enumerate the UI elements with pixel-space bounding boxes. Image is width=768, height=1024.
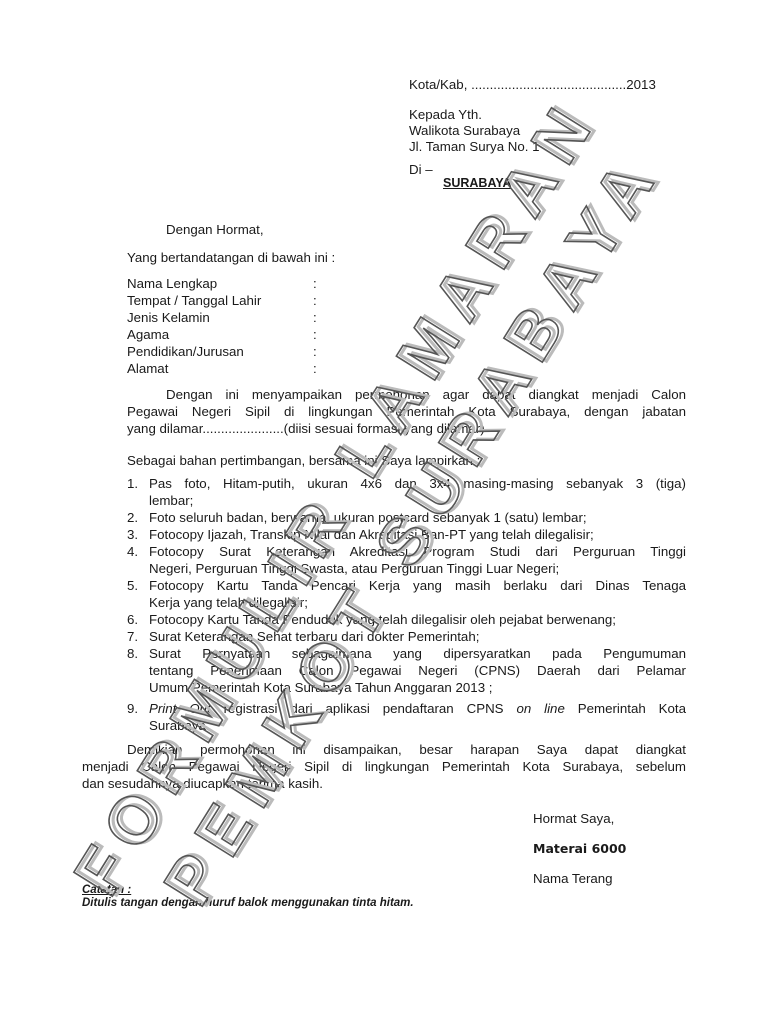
field-label: Alamat xyxy=(127,361,168,376)
attachment-item-6: Fotocopy Kartu Tanda Penduduk yang telah… xyxy=(149,611,686,628)
attachment-item-8-line2: tentang Penerimaan Calon Pegawai Negeri … xyxy=(149,662,686,679)
online-term: on line xyxy=(516,701,564,716)
recipient-city: SURABAYA xyxy=(443,175,512,192)
paragraph1-line1: Dengan ini menyampaikan permohonan agar … xyxy=(166,386,686,403)
attachment-item-5-line2: Kerja yang telah dilegalisir; xyxy=(149,594,686,611)
note-title: Catatan : xyxy=(82,884,131,897)
place-date: Kota/Kab, ..............................… xyxy=(409,76,656,93)
field-address: Alamat : xyxy=(127,360,327,377)
di-label: Di – xyxy=(409,161,433,178)
field-religion: Agama : xyxy=(127,326,327,343)
item-9-mid: registrasi dari aplikasi pendaftaran CPN… xyxy=(211,701,517,716)
paragraph1-line2: Pegawai Negeri Sipil di lingkungan Pemer… xyxy=(127,403,686,420)
attachment-item-4-line2: Negeri, Perguruan Tinggi Swasta, atau Pe… xyxy=(149,560,686,577)
document-page: Kota/Kab, ..............................… xyxy=(0,0,768,1024)
signature-name: Nama Terang xyxy=(533,870,613,887)
attachment-item-3: Fotocopy Ijazah, Transkip Nilai dan Akre… xyxy=(149,526,686,543)
note-text: Ditulis tangan dengan huruf balok menggu… xyxy=(82,897,414,910)
field-education: Pendidikan/Jurusan : xyxy=(127,343,327,360)
attachment-number: 5. xyxy=(127,577,141,594)
field-gender: Jenis Kelamin : xyxy=(127,309,327,326)
attachment-item-1-line1: Pas foto, Hitam-putih, ukuran 4x6 dan 3x… xyxy=(149,475,686,492)
recipient: Walikota Surabaya xyxy=(409,122,520,139)
attachment-item-7: Surat Keterangan Sehat terbaru dari dokt… xyxy=(149,628,686,645)
paragraph1-line3: yang dilamar......................(diisi… xyxy=(127,420,686,437)
attachment-item-1-line2: lembar; xyxy=(149,492,686,509)
field-colon: : xyxy=(313,309,317,326)
field-colon: : xyxy=(313,275,317,292)
greeting: Dengan Hormat, xyxy=(166,221,264,238)
field-label: Pendidikan/Jurusan xyxy=(127,344,244,359)
attachment-item-8-line1: Surat Pernyataan sebagaimana yang dipers… xyxy=(149,645,686,662)
attachment-number: 1. xyxy=(127,475,141,492)
attachment-item-4-line1: Fotocopy Surat Keterangan Akreditasi Pro… xyxy=(149,543,686,560)
attachment-number: 4. xyxy=(127,543,141,560)
intro-text: Yang bertandatangan di bawah ini : xyxy=(127,249,335,266)
signature-regards: Hormat Saya, xyxy=(533,810,614,827)
field-colon: : xyxy=(313,343,317,360)
attachment-number: 7. xyxy=(127,628,141,645)
closing-line2: menjadi Calon Pegawai Negeri Sipil di li… xyxy=(82,758,686,775)
field-label: Agama xyxy=(127,327,169,342)
attachment-number: 2. xyxy=(127,509,141,526)
attachment-item-5-line1: Fotocopy Kartu Tanda Pencari Kerja yang … xyxy=(149,577,686,594)
field-full-name: Nama Lengkap : xyxy=(127,275,327,292)
field-colon: : xyxy=(313,360,317,377)
field-birth: Tempat / Tanggal Lahir : xyxy=(127,292,327,309)
closing-line3: dan sesudahnya diucapkan terima kasih. xyxy=(82,775,686,792)
field-label: Jenis Kelamin xyxy=(127,310,210,325)
field-label: Nama Lengkap xyxy=(127,276,217,291)
field-label: Tempat / Tanggal Lahir xyxy=(127,293,261,308)
recipient-address: Jl. Taman Surya No. 1 xyxy=(409,138,540,155)
attachment-item-9-line1: Print Out registrasi dari aplikasi penda… xyxy=(149,700,686,717)
field-colon: : xyxy=(313,326,317,343)
attachment-number: 8. xyxy=(127,645,141,662)
to-label: Kepada Yth. xyxy=(409,106,482,123)
attachment-number: 6. xyxy=(127,611,141,628)
field-colon: : xyxy=(313,292,317,309)
attachments-intro: Sebagai bahan pertimbangan, bersama ini … xyxy=(127,452,480,469)
attachment-item-2: Foto seluruh badan, berwarna, ukuran pos… xyxy=(149,509,686,526)
stamp-duty-label: Materai 6000 xyxy=(533,840,626,857)
attachment-number: 9. xyxy=(127,700,141,717)
attachment-item-8-line3: Umum Pemerintah Kota Surabaya Tahun Angg… xyxy=(149,679,686,696)
print-out-term: Print Out xyxy=(149,701,211,716)
closing-line1: Demikian permohonan ini disampaikan, bes… xyxy=(127,741,686,758)
attachment-item-9-line2: Surabaya. xyxy=(149,717,686,734)
attachment-number: 3. xyxy=(127,526,141,543)
item-9-tail: Pemerintah Kota xyxy=(565,701,686,716)
